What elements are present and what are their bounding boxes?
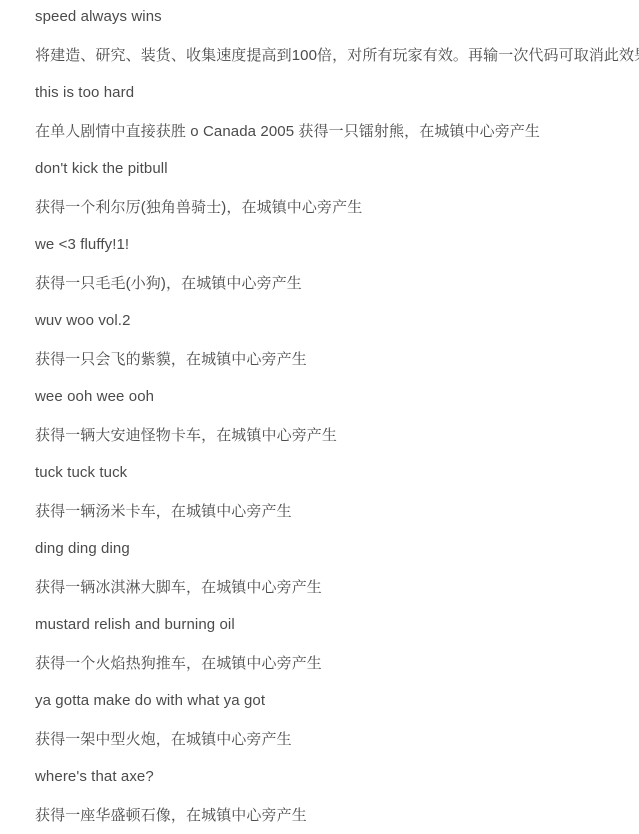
cheat-effect-line: 获得一座华盛顿石像，在城镇中心旁产生 bbox=[35, 795, 621, 833]
cheat-effect-line: 获得一个火焰热狗推车，在城镇中心旁产生 bbox=[35, 643, 621, 681]
cheat-code-line: this is too hard bbox=[35, 73, 621, 111]
cheat-code-line: mustard relish and burning oil bbox=[35, 605, 621, 643]
cheat-effect-line: 将建造、研究、装货、收集速度提高到100倍，对所有玩家有效。再输一次代码可取消此… bbox=[35, 35, 621, 73]
cheat-effect-line: 获得一辆大安迪怪物卡车，在城镇中心旁产生 bbox=[35, 415, 621, 453]
cheat-code-line: where's that axe? bbox=[35, 757, 621, 795]
cheat-code-line: tuck tuck tuck bbox=[35, 453, 621, 491]
cheat-code-line: speed always wins bbox=[35, 0, 621, 35]
cheat-code-line: wuv woo vol.2 bbox=[35, 301, 621, 339]
cheat-code-line: wee ooh wee ooh bbox=[35, 377, 621, 415]
cheat-effect-line: 获得一架中型火炮，在城镇中心旁产生 bbox=[35, 719, 621, 757]
cheat-effect-line: 获得一只会飞的紫貘，在城镇中心旁产生 bbox=[35, 339, 621, 377]
cheat-effect-line: 获得一辆汤米卡车，在城镇中心旁产生 bbox=[35, 491, 621, 529]
cheat-code-line: don't kick the pitbull bbox=[35, 149, 621, 187]
cheat-effect-line: 在单人剧情中直接获胜 o Canada 2005 获得一只镭射熊，在城镇中心旁产… bbox=[35, 111, 621, 149]
cheat-effect-line: 获得一辆冰淇淋大脚车，在城镇中心旁产生 bbox=[35, 567, 621, 605]
article-body: speed always wins 将建造、研究、装货、收集速度提高到100倍，… bbox=[0, 0, 639, 833]
cheat-effect-line: 获得一只毛毛(小狗)，在城镇中心旁产生 bbox=[35, 263, 621, 301]
cheat-code-line: ding ding ding bbox=[35, 529, 621, 567]
cheat-effect-line: 获得一个利尔厉(独角兽骑士)，在城镇中心旁产生 bbox=[35, 187, 621, 225]
cheat-code-line: we <3 fluffy!1! bbox=[35, 225, 621, 263]
cheat-code-line: ya gotta make do with what ya got bbox=[35, 681, 621, 719]
